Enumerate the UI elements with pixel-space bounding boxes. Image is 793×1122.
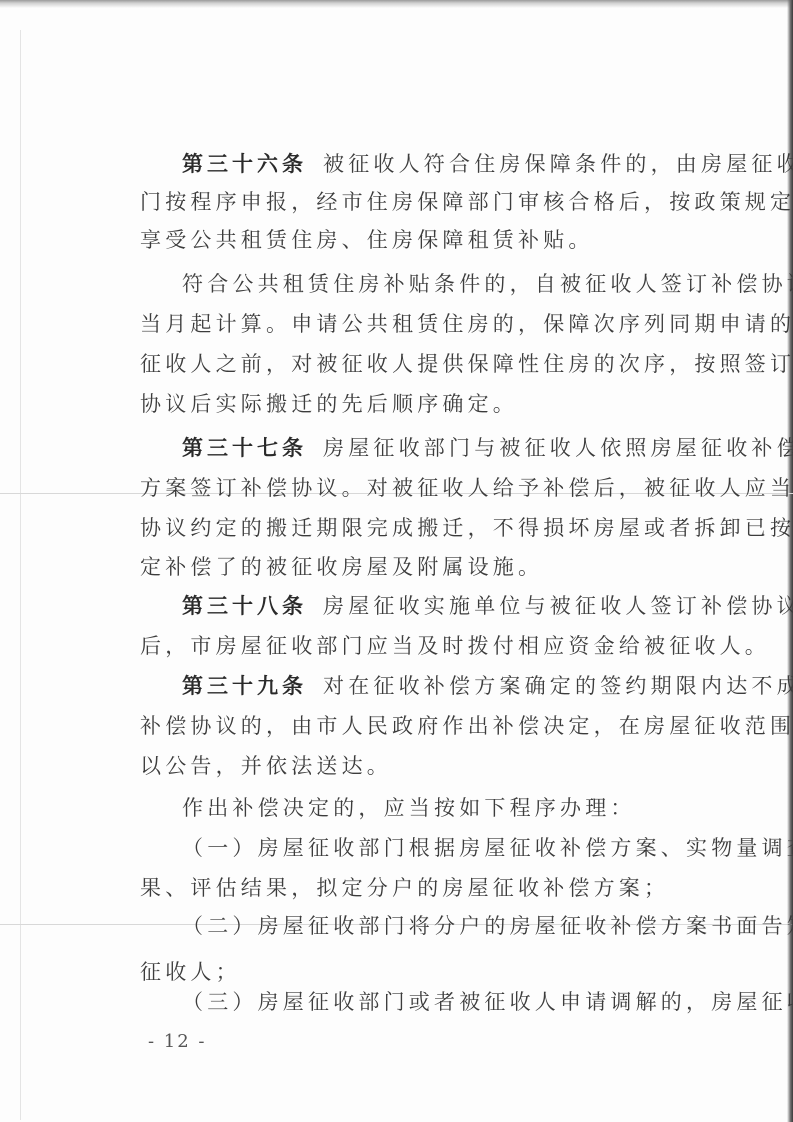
article-36-line-2: 门按程序申报，经市住房保障部门审核合格后，按政策规定优先 <box>140 188 740 216</box>
article-text: 房屋征收部门与被征收人依照房屋征收补偿 <box>323 436 793 460</box>
article-heading: 第三十八条 <box>182 593 307 618</box>
article-36-p2-line-1: 符合公共租赁住房补贴条件的，自被征收人签订补偿协议的 <box>182 270 782 298</box>
article-text: 房屋征收实施单位与被征收人签订补偿协议 <box>323 594 793 618</box>
article-36-line-1: 第三十六条被征收人符合住房保障条件的，由房屋征收部 <box>182 150 782 178</box>
article-text: 对在征收补偿方案确定的签约期限内达不成 <box>323 674 793 698</box>
page-number: - 12 - <box>148 1030 207 1054</box>
scan-top-edge <box>0 0 793 8</box>
article-36-p2-line-4: 协议后实际搬迁的先后顺序确定。 <box>140 390 740 418</box>
article-36-p2-line-2: 当月起计算。申请公共租赁住房的，保障次序列同期申请的非被 <box>140 310 740 338</box>
procedure-item-2-line-1: （二）房屋征收部门将分户的房屋征收补偿方案书面告知被 <box>182 912 782 940</box>
procedure-intro: 作出补偿决定的，应当按如下程序办理： <box>182 794 782 822</box>
scan-left-edge <box>20 30 21 1120</box>
article-39-line-2: 补偿协议的，由市人民政府作出补偿决定，在房屋征收范围内予 <box>140 712 740 740</box>
article-37-line-3: 协议约定的搬迁期限完成搬迁，不得损坏房屋或者拆卸已按照规 <box>140 514 740 542</box>
article-37-line-1: 第三十七条房屋征收部门与被征收人依照房屋征收补偿 <box>182 434 782 462</box>
article-37-line-2: 方案签订补偿协议。对被征收人给予补偿后，被征收人应当按照 <box>140 474 740 502</box>
article-39-line-1: 第三十九条对在征收补偿方案确定的签约期限内达不成 <box>182 672 782 700</box>
article-38-line-2: 后，市房屋征收部门应当及时拨付相应资金给被征收人。 <box>140 632 740 660</box>
article-text: 被征收人符合住房保障条件的，由房屋征收部 <box>323 152 793 176</box>
article-36-p2-line-3: 征收人之前，对被征收人提供保障性住房的次序，按照签订补偿 <box>140 350 740 378</box>
article-heading: 第三十九条 <box>182 673 307 698</box>
procedure-item-2-line-2: 征收人； <box>140 958 740 986</box>
procedure-item-1-line-2: 果、评估结果，拟定分户的房屋征收补偿方案； <box>140 874 740 902</box>
procedure-item-1-line-1: （一）房屋征收部门根据房屋征收补偿方案、实物量调查结 <box>182 834 782 862</box>
article-37-line-4: 定补偿了的被征收房屋及附属设施。 <box>140 553 740 581</box>
procedure-item-3-line-1: （三）房屋征收部门或者被征收人申请调解的，房屋征收部 <box>182 988 782 1016</box>
article-heading: 第三十六条 <box>182 151 307 176</box>
article-39-line-3: 以公告，并依法送达。 <box>140 752 740 780</box>
article-36-line-3: 享受公共租赁住房、住房保障租赁补贴。 <box>140 226 740 254</box>
article-heading: 第三十七条 <box>182 435 307 460</box>
article-38-line-1: 第三十八条房屋征收实施单位与被征收人签订补偿协议 <box>182 592 782 620</box>
document-page: 第三十六条被征收人符合住房保障条件的，由房屋征收部 门按程序申报，经市住房保障部… <box>0 0 793 1122</box>
